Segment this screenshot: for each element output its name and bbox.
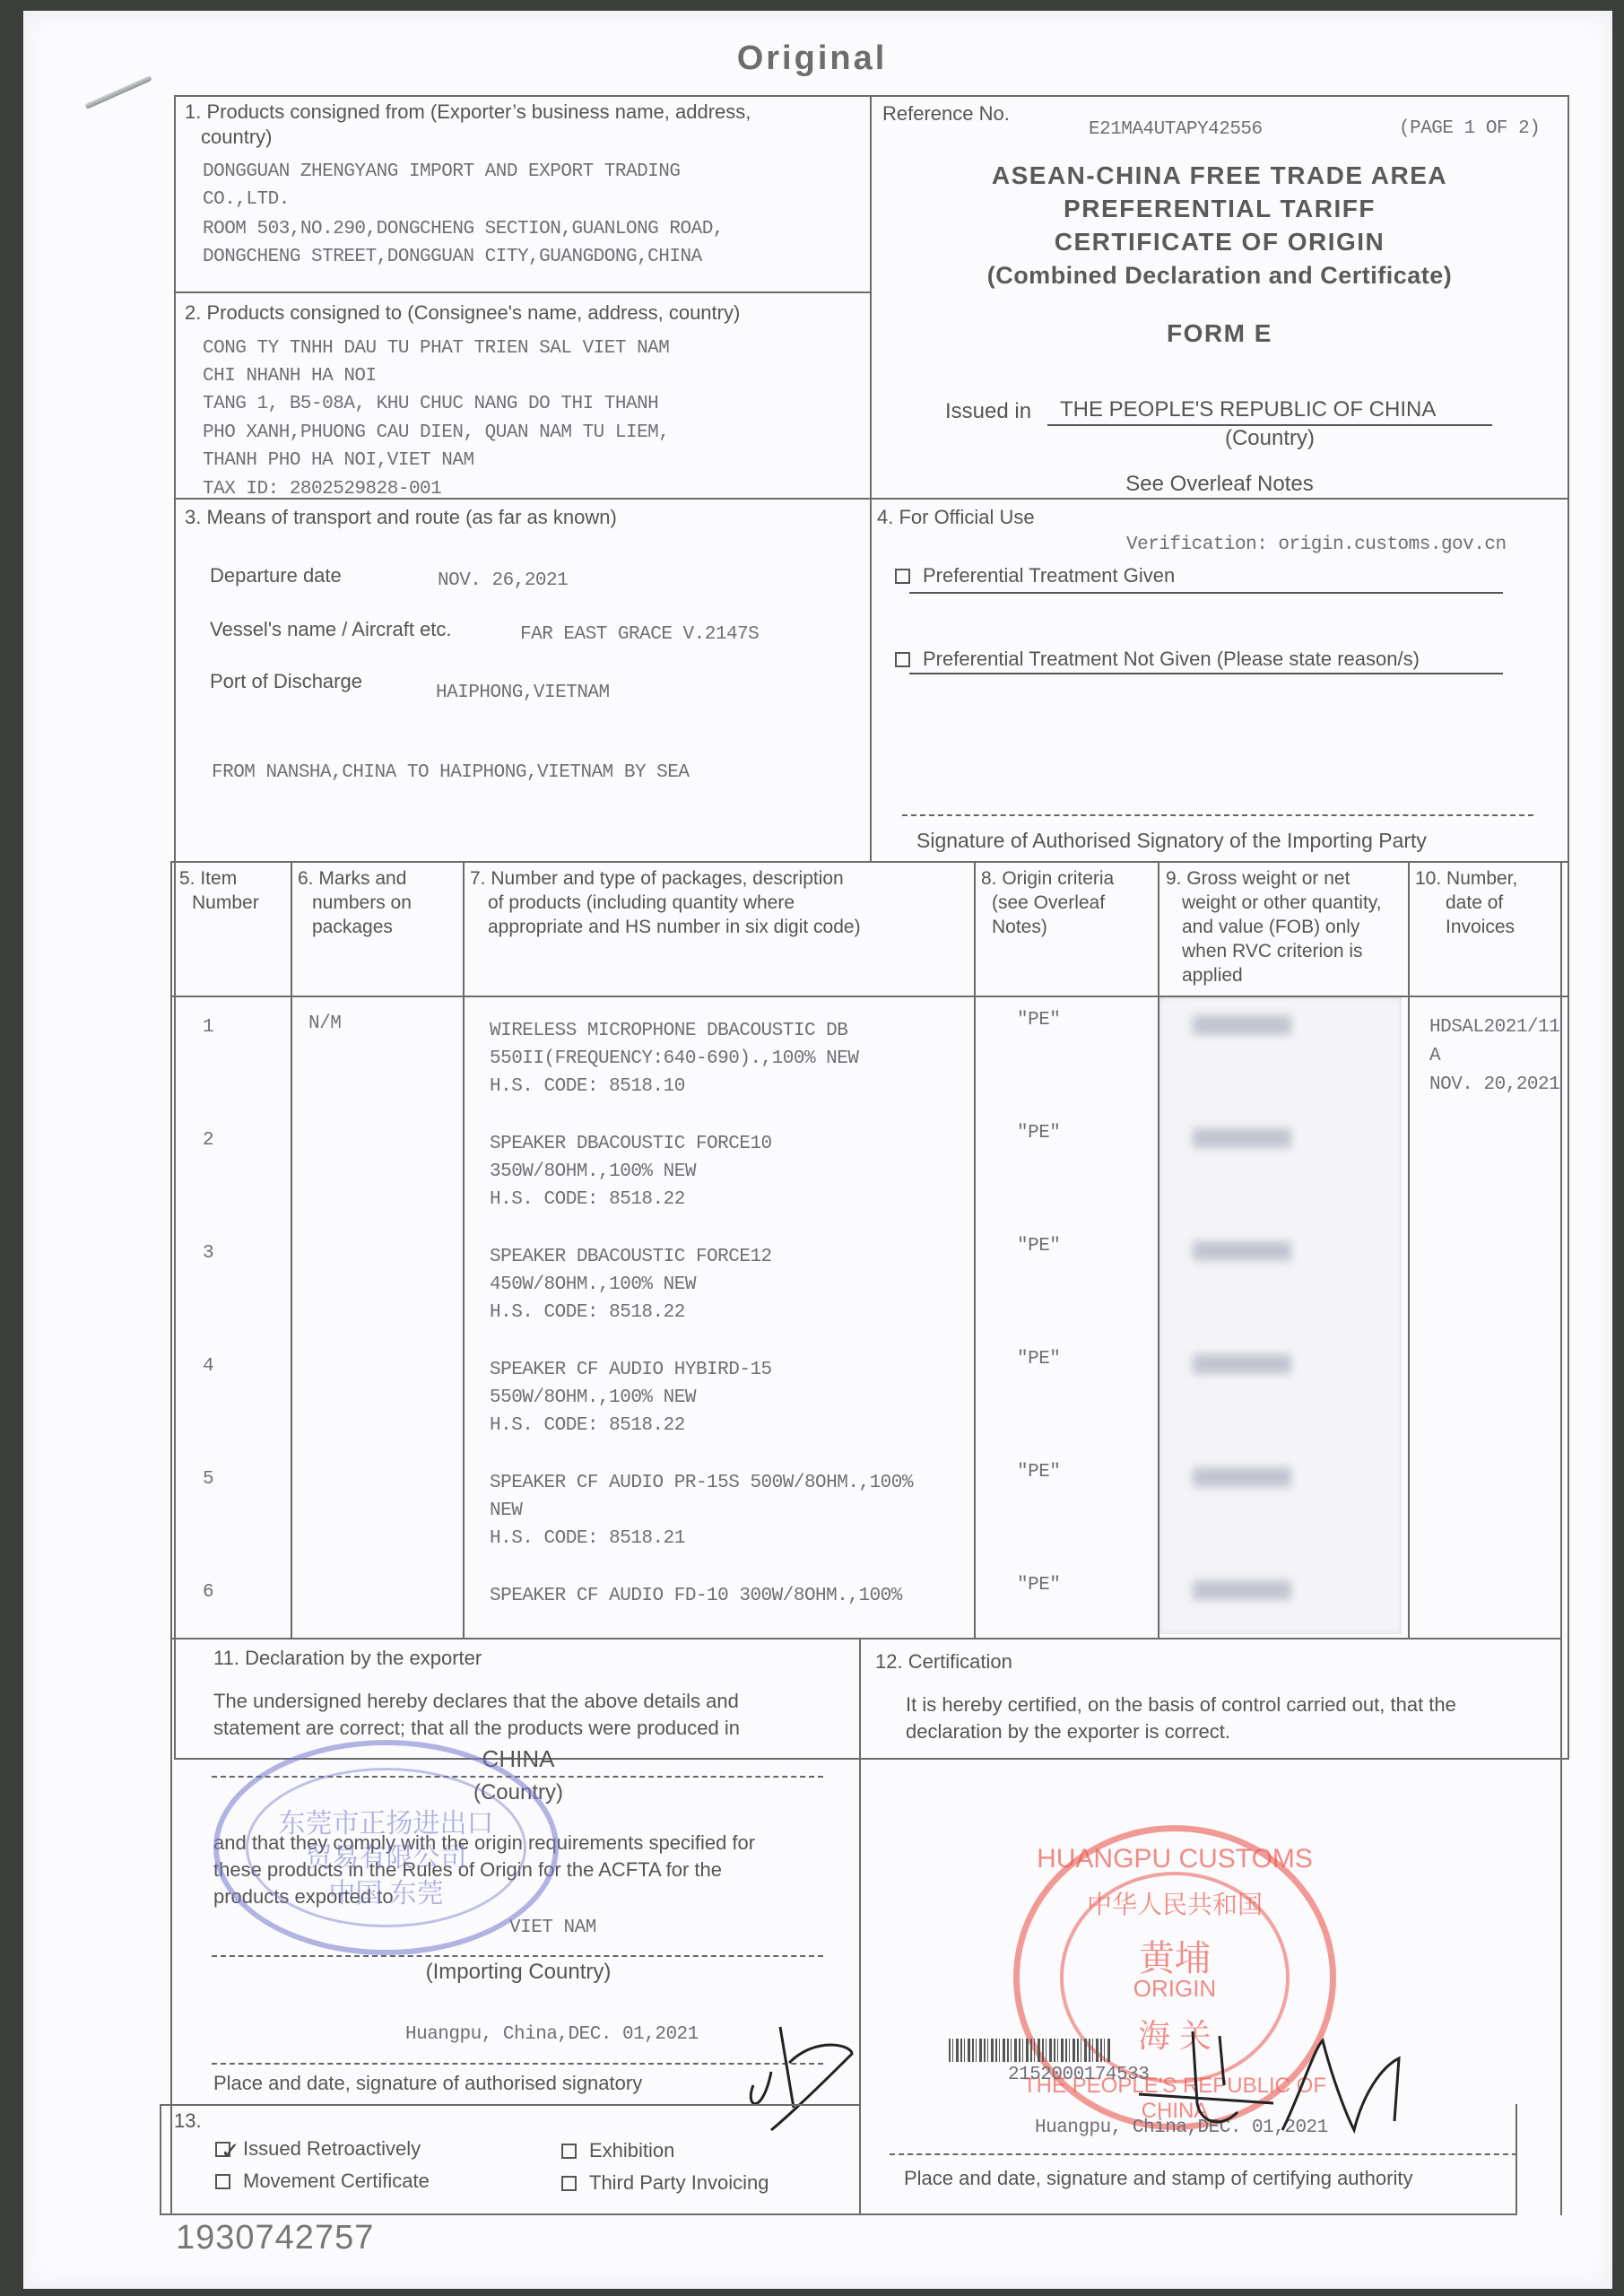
table-header-text: 10. Number, [1415, 866, 1517, 891]
weight-column-shade [1159, 997, 1402, 1634]
title-line-1: ASEAN-CHINA FREE TRADE AREA [870, 159, 1569, 192]
issued-in-label: Issued in [945, 398, 1031, 425]
origin-criterion: "PE" [1017, 1458, 1060, 1486]
exporter-label-2: country) [201, 124, 272, 151]
product-description: SPEAKER DBACOUSTIC FORCE10 350W/8OHM.,10… [490, 1130, 772, 1213]
table-header-text: of products (including quantity where [488, 891, 795, 915]
product-description: SPEAKER CF AUDIO FD-10 300W/8OHM.,100% [490, 1582, 902, 1610]
exporter-line: CO.,LTD. [203, 186, 290, 213]
table-header-text: (see Overleaf [992, 891, 1105, 915]
exhibition-option[interactable]: Exhibition [561, 2137, 674, 2164]
exporter-company-stamp: 东莞市正扬进出口 贸易有限公司 中国 东莞 [213, 1740, 559, 1955]
marks-value: N/M [308, 1010, 341, 1038]
redacted-weight [1193, 1354, 1291, 1374]
redacted-weight [1193, 1467, 1291, 1487]
invoice-suffix: A [1429, 1042, 1440, 1070]
origin-criterion: "PE" [1017, 1571, 1060, 1599]
checkbox[interactable] [895, 652, 910, 667]
title-subtitle: (Combined Declaration and Certificate) [870, 259, 1569, 292]
table-header-text: date of [1446, 891, 1503, 915]
checkbox-checked[interactable] [215, 2142, 230, 2157]
origin-criterion: "PE" [1017, 1006, 1060, 1034]
importing-signature-caption: Signature of Authorised Signatory of the… [916, 827, 1427, 854]
table-header-text: and value (FOB) only [1182, 915, 1359, 939]
item-number: 3 [203, 1239, 213, 1267]
table-header-text: Invoices [1446, 915, 1515, 939]
transport-label: 3. Means of transport and route (as far … [185, 504, 617, 531]
table-header-text: 6. Marks and [298, 866, 406, 891]
item-number: 4 [203, 1352, 213, 1380]
title-line-2: PREFERENTIAL TARIFF [870, 192, 1569, 225]
consignee-line: PHO XANH,PHUONG CAU DIEN, QUAN NAM TU LI… [203, 419, 669, 447]
page-info: (PAGE 1 OF 2) [1399, 115, 1540, 143]
exporter-line: DONGGUAN ZHENGYANG IMPORT AND EXPORT TRA… [203, 158, 681, 186]
departure-label: Departure date [210, 562, 342, 589]
reference-label: Reference No. [882, 100, 1010, 127]
table-header-text: Number [192, 891, 259, 915]
movement-certificate-option[interactable]: Movement Certificate [215, 2168, 430, 2195]
document-title: Original [0, 39, 1624, 78]
route: FROM NANSHA,CHINA TO HAIPHONG,VIETNAM BY… [212, 759, 690, 787]
barcode [949, 2039, 1110, 2062]
reference-number: E21MA4UTAPY42556 [1089, 116, 1263, 143]
form-name: FORM E [870, 317, 1569, 350]
exporter-signature [726, 2009, 879, 2135]
product-description: SPEAKER CF AUDIO HYBIRD-15 550W/8OHM.,10… [490, 1356, 772, 1439]
table-header-text: appropriate and HS number in six digit c… [488, 915, 861, 939]
origin-criterion: "PE" [1017, 1119, 1060, 1147]
table-header-text: numbers on [312, 891, 412, 915]
vessel-label: Vessel's name / Aircraft etc. [210, 616, 452, 643]
third-party-invoicing-option[interactable]: Third Party Invoicing [561, 2170, 769, 2196]
table-header-text: 5. Item [179, 866, 237, 891]
certification-text-2: declaration by the exporter is correct. [906, 1718, 1230, 1745]
declaration-text-2: statement are correct; that all the prod… [213, 1715, 740, 1742]
consignee-line: THANH PHO HA NOI,VIET NAM [203, 447, 474, 474]
certifier-signature [1121, 2022, 1533, 2148]
exporter-signature-caption: Place and date, signature of authorised … [213, 2070, 642, 2097]
item-number: 6 [203, 1578, 213, 1606]
product-description: SPEAKER DBACOUSTIC FORCE12 450W/8OHM.,10… [490, 1243, 772, 1326]
item-number: 2 [203, 1126, 213, 1154]
port-value: HAIPHONG,VIETNAM [436, 679, 610, 707]
consignee-label: 2. Products consigned to (Consignee's na… [185, 300, 740, 326]
official-use-label: 4. For Official Use [877, 504, 1035, 531]
issued-in-country: THE PEOPLE'S REPUBLIC OF CHINA [1060, 396, 1436, 423]
preferential-not-given-option[interactable]: Preferential Treatment Not Given (Please… [895, 646, 1420, 673]
origin-criterion: "PE" [1017, 1345, 1060, 1373]
checkbox[interactable] [895, 569, 910, 584]
table-header-text: 8. Origin criteria [981, 866, 1114, 891]
vessel-value: FAR EAST GRACE V.2147S [520, 621, 759, 648]
item-number: 5 [203, 1465, 213, 1493]
table-header-text: 9. Gross weight or net [1166, 866, 1350, 891]
box13-label: 13. [174, 2108, 202, 2135]
exporter-place-date: Huangpu, China,DEC. 01,2021 [405, 2021, 699, 2048]
table-header-text: applied [1182, 963, 1243, 987]
exporter-line: ROOM 503,NO.290,DONGCHENG SECTION,GUANLO… [203, 215, 724, 243]
departure-value: NOV. 26,2021 [438, 567, 568, 595]
serial-number: 1930742757 [176, 2215, 374, 2260]
certification-text-1: It is hereby certified, on the basis of … [906, 1692, 1456, 1718]
product-description: WIRELESS MICROPHONE DBACOUSTIC DB 550II(… [490, 1017, 858, 1100]
checkbox[interactable] [215, 2174, 230, 2189]
redacted-weight [1193, 1241, 1291, 1261]
redacted-weight [1193, 1128, 1291, 1148]
certification-label: 12. Certification [875, 1648, 1012, 1675]
table-header-text: when RVC criterion is [1182, 939, 1363, 963]
port-label: Port of Discharge [210, 668, 362, 695]
importing-country-caption: (Importing Country) [213, 1959, 823, 1986]
consignee-line: CONG TY TNHH DAU TU PHAT TRIEN SAL VIET … [203, 335, 669, 362]
declaration-label: 11. Declaration by the exporter [213, 1645, 482, 1672]
redacted-weight [1193, 1015, 1291, 1035]
consignee-line: CHI NHANH HA NOI [203, 362, 377, 390]
consignee-line: TANG 1, B5-08A, KHU CHUC NANG DO THI THA… [203, 390, 658, 418]
product-description: SPEAKER CF AUDIO PR-15S 500W/8OHM.,100% … [490, 1469, 913, 1552]
importing-country-value: VIET NAM [509, 1914, 596, 1942]
checkbox[interactable] [561, 2176, 577, 2191]
exporter-line: DONGCHENG STREET,DONGGUAN CITY,GUANGDONG… [203, 243, 702, 271]
invoice-date: NOV. 20,2021 [1429, 1071, 1559, 1099]
title-line-3: CERTIFICATE OF ORIGIN [870, 225, 1569, 258]
country-caption: (Country) [1047, 425, 1492, 452]
table-header-text: packages [312, 915, 393, 939]
table-header-text: weight or other quantity, [1182, 891, 1382, 915]
checkbox[interactable] [561, 2144, 577, 2159]
table-header-text: Notes) [992, 915, 1047, 939]
table-header-text: 7. Number and type of packages, descript… [470, 866, 844, 891]
origin-criterion: "PE" [1017, 1232, 1060, 1260]
consignee-tax-id: TAX ID: 2802529828-001 [203, 475, 441, 503]
declaration-text-1: The undersigned hereby declares that the… [213, 1688, 739, 1715]
issued-retroactively-option[interactable]: Issued Retroactively [215, 2135, 421, 2162]
verification-url: Verification: origin.customs.gov.cn [1126, 531, 1507, 559]
exporter-label-1: 1. Products consigned from (Exporter’s b… [185, 99, 751, 126]
redacted-weight [1193, 1580, 1291, 1600]
certifier-signature-caption: Place and date, signature and stamp of c… [904, 2165, 1412, 2192]
overleaf-notes: See Overleaf Notes [870, 471, 1569, 498]
item-number: 1 [203, 1013, 213, 1041]
preferential-given-option[interactable]: Preferential Treatment Given [895, 562, 1175, 589]
invoice-number: HDSAL2021/11 [1429, 1013, 1559, 1041]
